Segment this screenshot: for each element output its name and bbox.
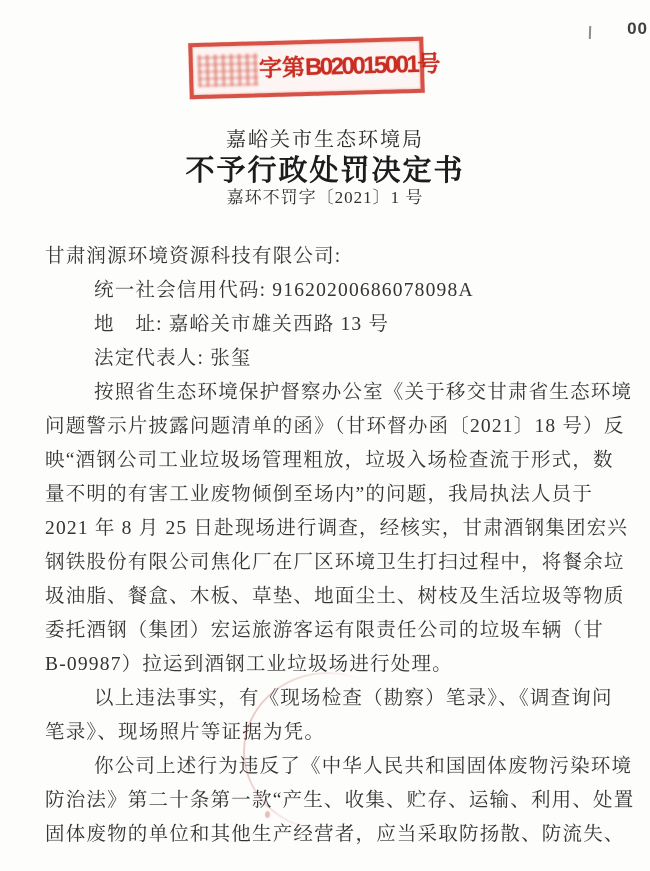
text-line-credit-code: 统一社会信用代码: 91620200686078098A [0, 274, 650, 308]
document-reference-number: 嘉环不罚字〔2021〕1 号 [0, 183, 650, 208]
stamp-serial-suffix: 号 [417, 51, 441, 77]
text-line-legal-rep: 法定代表人: 张玺 [0, 342, 650, 376]
text-line: 委托酒钢（集团）宏运旅游客运有限责任公司的垃圾车辆（甘 [0, 614, 650, 648]
stamp-serial-text: 字第B020015001号 [259, 50, 441, 83]
text-line-address: 地 址: 嘉峪关市雄关西路 13 号 [0, 308, 650, 342]
stamp-illegible-smudge [198, 53, 259, 87]
text-line: 按照省生态环境保护督察办公室《关于移交甘肃省生态环境 [0, 376, 650, 410]
red-registration-stamp: 字第B020015001号 [188, 37, 424, 100]
faint-seal-speck [265, 811, 270, 818]
stamp-serial-prefix: 字第 [259, 55, 306, 81]
text-line: 映“酒钢公司工业垃圾场管理粗放，垃圾入场检查流于形式，数 [0, 444, 650, 478]
text-line: 量不明的有害工业废物倾倒至场内”的问题，我局执法人员于 [0, 478, 650, 512]
text-line: 钢铁股份有限公司焦化厂在厂区环境卫生打扫过程中，将餐余垃 [0, 546, 650, 580]
scanned-document-page: 00 字第B020015001号 嘉峪关市生态环境局 不予行政处罚决定书 嘉环不… [0, 0, 650, 871]
corner-tick-mark [589, 26, 591, 39]
stamp-serial-digits: B020015001 [305, 51, 418, 81]
text-line: 问题警示片披露问题清单的函》（甘环督办函〔2021〕18 号）反 [0, 410, 650, 444]
text-line: 圾油脂、餐盒、木板、草垫、地面尘土、树枝及生活垃圾等物质 [0, 580, 650, 614]
text-line-recipient: 甘肃润源环境资源科技有限公司: [0, 240, 650, 274]
text-line: 2021 年 8 月 25 日赴现场进行调查，经核实，甘肃酒钢集团宏兴 [0, 512, 650, 546]
page-corner-number: 00 [627, 19, 648, 39]
faint-seal-bleedthrough [243, 672, 412, 831]
